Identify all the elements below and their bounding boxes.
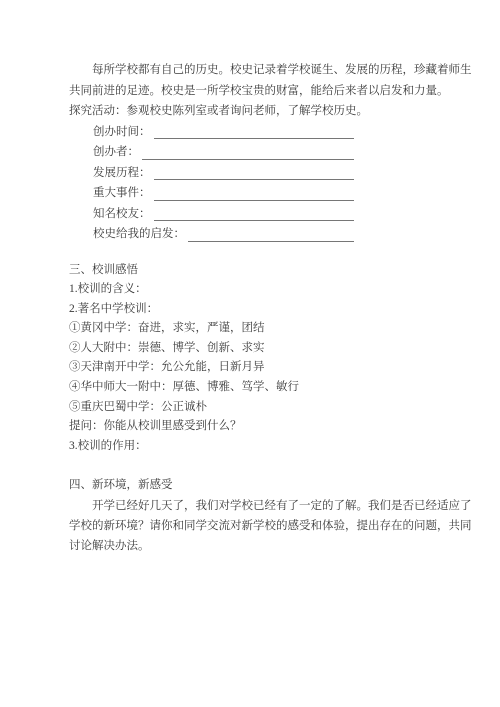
- fill-in-blank: [154, 204, 355, 222]
- text-line: 探究活动：参观校史陈列室或者询问老师，了解学校历史。: [69, 101, 475, 122]
- school-history-form: 创办时间： 创办者： 发展历程： 重大事件： 知名校友： 校史给我的启发：: [93, 122, 354, 245]
- field-label: 校史给我的启发：: [93, 224, 185, 245]
- section-motto: 三、校训感悟 1.校训的含义： 2.著名中学校训： ①黄冈中学：奋进，求实，严谨…: [69, 261, 475, 457]
- form-field-famous-alumni: 知名校友：: [93, 204, 354, 225]
- document-page: 每所学校都有自己的历史。校史记录着学校诞生、发展的历程，珍藏着师生 共同前进的足…: [0, 0, 500, 707]
- text-line: 提问：你能从校训里感受到什么？: [69, 417, 475, 437]
- text-line: 每所学校都有自己的历史。校史记录着学校诞生、发展的历程，珍藏着师生: [69, 60, 475, 81]
- list-item-motto-huazhong: ④华中师大一附中：厚德、博雅、笃学、敏行: [69, 378, 475, 398]
- section-new-environment: 四、新环境，新感受 开学已经好几天了，我们对学校已经有了一定的了解。我们是否已经…: [69, 475, 475, 556]
- fill-in-blank: [154, 163, 355, 181]
- field-label: 创办时间：: [93, 122, 151, 143]
- field-label: 重大事件：: [93, 183, 151, 204]
- text-line: 共同前进的足迹。校史是一所学校宝贵的财富，能给后来者以启发和力量。: [69, 81, 475, 102]
- text-line: 2.著名中学校训：: [69, 300, 475, 320]
- form-field-founding-time: 创办时间：: [93, 122, 354, 143]
- text-line: 学校的新环境？请你和同学交流对新学校的感受和体验，提出存在的问题，共同: [69, 516, 475, 536]
- intro-paragraph: 每所学校都有自己的历史。校史记录着学校诞生、发展的历程，珍藏着师生 共同前进的足…: [69, 60, 475, 122]
- document-content: 每所学校都有自己的历史。校史记录着学校诞生、发展的历程，珍藏着师生 共同前进的足…: [69, 60, 475, 557]
- fill-in-blank: [154, 183, 355, 201]
- list-item-motto-huanggang: ①黄冈中学：奋进，求实，严谨，团结: [69, 319, 475, 339]
- section-heading-new-environment: 四、新环境，新感受: [69, 475, 475, 495]
- field-label: 创办者：: [93, 142, 139, 163]
- list-item-motto-bashu: ⑤重庆巴蜀中学：公正诚朴: [69, 398, 475, 418]
- form-field-inspiration: 校史给我的启发：: [93, 224, 354, 245]
- text-line: 1.校训的含义：: [69, 280, 475, 300]
- fill-in-blank: [154, 122, 355, 140]
- text-line: 讨论解决办法。: [69, 536, 475, 556]
- text-line: 开学已经好几天了，我们对学校已经有了一定的了解。我们是否已经适应了: [69, 496, 475, 516]
- field-label: 知名校友：: [93, 204, 151, 225]
- form-field-founder: 创办者：: [93, 142, 354, 163]
- text-line: 3.校训的作用：: [69, 437, 475, 457]
- field-label: 发展历程：: [93, 163, 151, 184]
- list-item-motto-nankai: ③天津南开中学：允公允能，日新月异: [69, 358, 475, 378]
- form-field-major-events: 重大事件：: [93, 183, 354, 204]
- section-heading-motto: 三、校训感悟: [69, 261, 475, 281]
- list-item-motto-rdfz: ②人大附中：崇德、博学、创新、求实: [69, 339, 475, 359]
- form-field-development: 发展历程：: [93, 163, 354, 184]
- fill-in-blank: [188, 224, 354, 242]
- fill-in-blank: [142, 142, 354, 160]
